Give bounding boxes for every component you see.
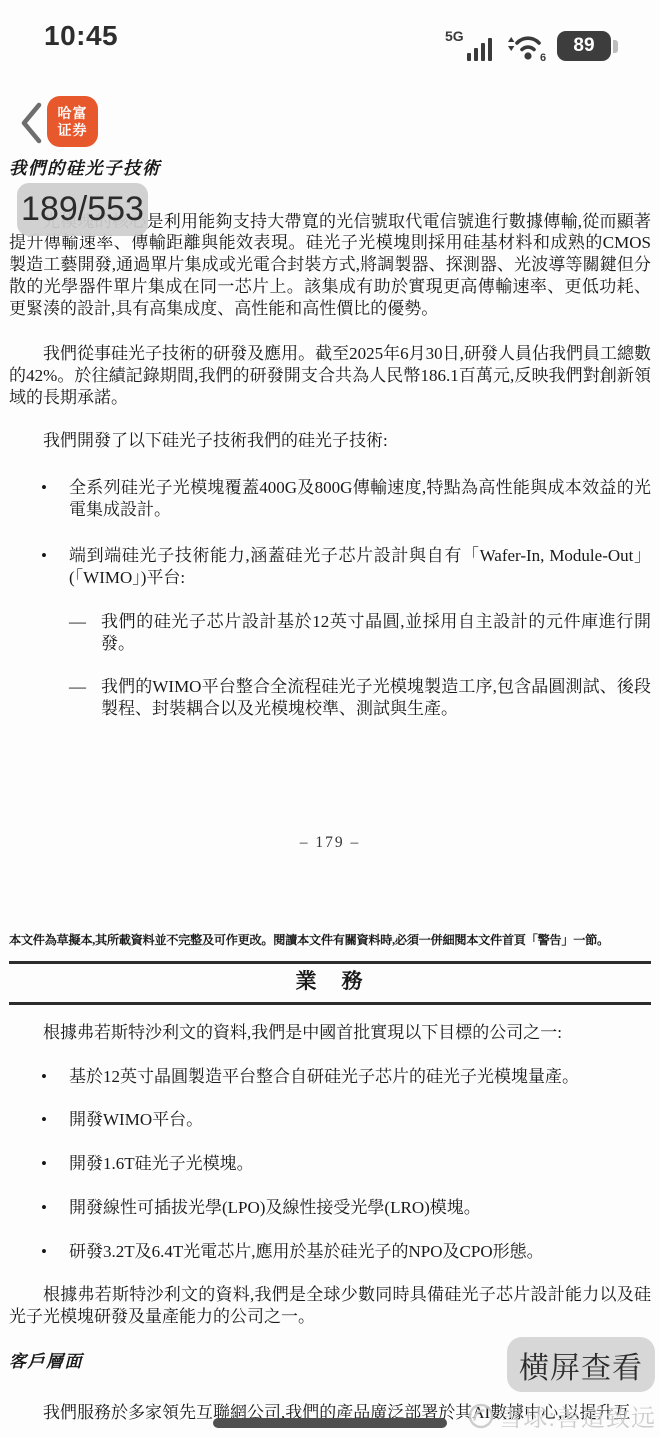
- list-item-text: 研發3.2T及6.4T光電芯片,應用於基於硅光子的NPO及CPO形態。: [69, 1241, 651, 1263]
- network-type-label: 5G: [445, 28, 464, 44]
- list-item: • 開發線性可插拔光學(LPO)及線性接受光學(LRO)模塊。: [9, 1197, 651, 1219]
- dash-icon: —: [69, 676, 101, 719]
- status-bar: 10:45 5G 6: [0, 0, 660, 80]
- chevron-left-icon: [18, 101, 46, 145]
- list-item-text: 基於12英寸晶圓製造平台整合自研硅光子芯片的硅光子光模塊量產。: [69, 1066, 651, 1088]
- list-item-text: 端到端硅光子技術能力,涵蓋硅光子芯片設計與自有「Wafer-In, Module…: [69, 545, 651, 588]
- home-indicator-handle[interactable]: [213, 1418, 447, 1428]
- bullet-icon: •: [41, 1197, 69, 1219]
- bullet-icon: •: [41, 477, 69, 520]
- list-item-text: 開發WIMO平台。: [69, 1109, 651, 1131]
- signal-bars-icon: [467, 38, 493, 61]
- bullet-icon: •: [41, 1153, 69, 1175]
- sub-list-item-text: 我們的硅光子芯片設計基於12英寸晶圓,並採用自主設計的元件庫進行開發。: [101, 611, 651, 654]
- paragraph-tech-list-lead: 我們開發了以下硅光子技術我們的硅光子技術:: [9, 430, 651, 452]
- xueqiu-watermark: 雪球:善道致远: [468, 1398, 656, 1433]
- logo-text-bottom: 证券: [58, 122, 88, 139]
- list-item-text: 全系列硅光子光模塊覆蓋400G及800G傳輸速度,特點為高性能與成本效益的光電集…: [69, 477, 651, 520]
- list-item-text: 開發線性可插拔光學(LPO)及線性接受光學(LRO)模塊。: [69, 1197, 651, 1219]
- list-item-text: 開發1.6T硅光子光模塊。: [69, 1153, 651, 1175]
- status-icons: 5G 6 89: [445, 28, 618, 64]
- draft-disclaimer: 本文件為草擬本,其所載資料並不完整及可作更改。閱讀本文件有關資料時,必須一併細閱…: [9, 933, 651, 948]
- bullet-icon: •: [41, 1066, 69, 1088]
- paragraph-first-companies: 根據弗若斯特沙利文的資料,我們是中國首批實現以下目標的公司之一:: [9, 1022, 651, 1044]
- dash-icon: —: [69, 611, 101, 654]
- section-title: 我們的硅光子技術: [9, 158, 651, 180]
- list-item: • 基於12英寸晶圓製造平台整合自研硅光子芯片的硅光子光模塊量產。: [9, 1066, 651, 1088]
- back-button[interactable]: [18, 101, 46, 145]
- section-header-business: 業 務: [9, 961, 651, 1005]
- list-item: • 端到端硅光子技術能力,涵蓋硅光子芯片設計與自有「Wafer-In, Modu…: [9, 545, 651, 588]
- watermark-text: 雪球:善道致远: [498, 1398, 656, 1433]
- list-item: • 開發WIMO平台。: [9, 1109, 651, 1131]
- bullet-icon: •: [41, 1109, 69, 1131]
- hafu-securities-logo: 哈富 证券: [47, 96, 98, 147]
- list-item: • 全系列硅光子光模塊覆蓋400G及800G傳輸速度,特點為高性能與成本效益的光…: [9, 477, 651, 520]
- paragraph-rd-investment: 我們從事硅光子技術的研發及應用。截至2025年6月30日,研發人員佔我們員工總數…: [9, 343, 651, 408]
- sub-list-item: — 我們的WIMO平台整合全流程硅光子光模塊製造工序,包含晶圓測試、後段製程、封…: [9, 676, 651, 719]
- sub-list-item-text: 我們的WIMO平台整合全流程硅光子光模塊製造工序,包含晶圓測試、後段製程、封裝耦…: [101, 676, 651, 719]
- list-item: • 開發1.6T硅光子光模塊。: [9, 1153, 651, 1175]
- wifi-6-label: 6: [540, 52, 546, 63]
- battery-level: 89: [573, 35, 594, 57]
- document-viewer[interactable]: 我們的硅光子技術 光模塊的核心是利用能夠支持大帶寬的光信號取代電信號進行數據傳輸…: [0, 150, 660, 1424]
- landscape-view-button[interactable]: 横屏查看: [507, 1337, 655, 1392]
- battery-icon: 89: [557, 31, 618, 61]
- phone-screen: 10:45 5G 6: [0, 0, 660, 1437]
- pdf-page-number: – 179 –: [9, 832, 651, 854]
- page-indicator-badge: 189/553: [17, 183, 148, 236]
- sub-list-item: — 我們的硅光子芯片設計基於12英寸晶圓,並採用自主設計的元件庫進行開發。: [9, 611, 651, 654]
- logo-text-top: 哈富: [58, 105, 88, 122]
- snowball-icon: [468, 1403, 494, 1429]
- bullet-icon: •: [41, 1241, 69, 1263]
- cellular-signal-icon: 5G: [445, 28, 493, 64]
- paragraph-global-few: 根據弗若斯特沙利文的資料,我們是全球少數同時具備硅光子芯片設計能力以及硅光子光模…: [9, 1284, 651, 1327]
- wifi-icon: 6: [504, 29, 546, 63]
- clock: 10:45: [44, 20, 118, 52]
- list-item: • 研發3.2T及6.4T光電芯片,應用於基於硅光子的NPO及CPO形態。: [9, 1241, 651, 1263]
- bullet-icon: •: [41, 545, 69, 588]
